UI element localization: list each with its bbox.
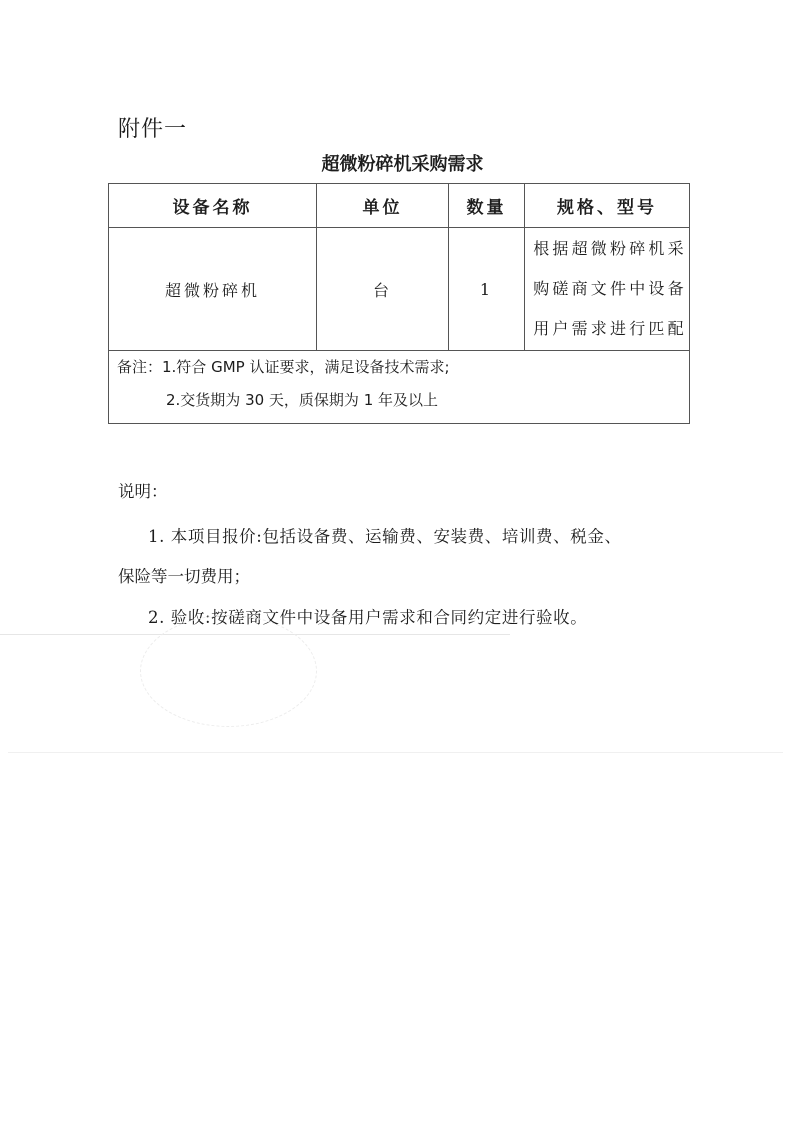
document-page: 附件一 超微粉碎机采购需求 设备名称 单位 数量 规格、型号 超微粉碎机 台 1… [0, 0, 793, 1122]
column-header-quantity: 数量 [449, 184, 525, 228]
document-title: 超微粉碎机采购需求 [0, 150, 793, 176]
faint-stamp-mark [140, 615, 317, 727]
scan-artifact-line [8, 752, 783, 753]
cell-unit: 台 [317, 228, 449, 351]
cell-spec-model: 根据超微粉碎机采 购磋商文件中设备 用户需求进行匹配 [525, 228, 690, 351]
cell-equipment-name: 超微粉碎机 [109, 228, 317, 351]
spec-line: 根据超微粉碎机采 [531, 229, 689, 269]
cell-quantity: 1 [449, 228, 525, 351]
explanation-item-1: 1. 本项目报价:包括设备费、运输费、安装费、培训费、税金、 [148, 523, 622, 547]
notes-row: 备注：1.符合 GMP 认证要求，满足设备技术需求; 2.交货期为 30 天，质… [109, 351, 690, 424]
attachment-label: 附件一 [118, 112, 187, 143]
column-header-unit: 单位 [317, 184, 449, 228]
spec-line: 用户需求进行匹配 [531, 309, 689, 349]
column-header-equipment-name: 设备名称 [109, 184, 317, 228]
table-row: 超微粉碎机 台 1 根据超微粉碎机采 购磋商文件中设备 用户需求进行匹配 [109, 228, 690, 351]
note-line-2: 2.交货期为 30 天，质保期为 1 年及以上 [166, 389, 746, 410]
column-header-spec-model: 规格、型号 [525, 184, 690, 228]
explanation-title: 说明： [118, 478, 168, 502]
notes-cell: 备注：1.符合 GMP 认证要求，满足设备技术需求; 2.交货期为 30 天，质… [109, 351, 690, 424]
table-header-row: 设备名称 单位 数量 规格、型号 [109, 184, 690, 228]
explanation-item-1-continued: 保险等一切费用； [118, 563, 250, 587]
procurement-table: 设备名称 单位 数量 规格、型号 超微粉碎机 台 1 根据超微粉碎机采 购磋商文… [108, 183, 690, 424]
spec-line: 购磋商文件中设备 [531, 269, 689, 309]
note-line-1: 备注：1.符合 GMP 认证要求，满足设备技术需求; [117, 356, 697, 377]
